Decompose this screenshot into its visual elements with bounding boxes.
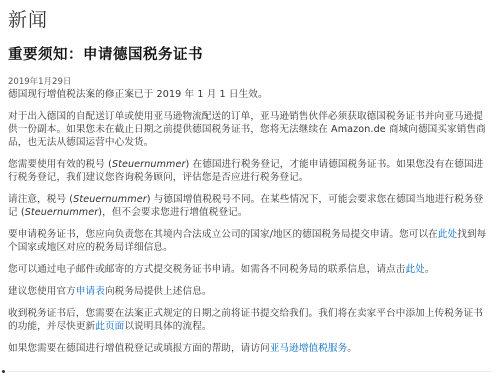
text: 建议您使用官方 (8, 286, 76, 297)
application-form-link[interactable]: 申请表 (76, 286, 105, 297)
paragraph-tax-number: 您需要使用有效的税号 (Steuernummer) 在德国进行税务登记，才能申请… (8, 158, 491, 184)
text: 向税务局提供上述信息。 (105, 286, 212, 297)
paragraph-help: 如果您需要在德国进行增值税登记或填报方面的帮助，请访问亚马逊增值税服务。 (8, 342, 491, 355)
text: 。 (347, 343, 357, 354)
paragraph-certificate-requirement: 对于出入德国的自配送订单或使用亚马逊物流配送的订单，亚马逊销售伙伴必须获取德国税… (8, 110, 491, 149)
tax-office-details-link[interactable]: 此处 (438, 229, 457, 240)
section-title: 新闻 (8, 0, 491, 35)
intro-paragraph: 德国现行增值税法案的修正案已于 2019 年 1 月 1 日生效。 (8, 88, 491, 101)
paragraph-note: 请注意，税号 (Steuernummer) 与德国增值税税号不同。在某些情况下，… (8, 193, 491, 219)
divider (8, 371, 491, 372)
text: 如果您需要在德国进行增值税登记或填报方面的帮助，请访问 (8, 343, 270, 354)
news-page: 新闻 重要须知：申请德国税务证书 2019年1月29日 德国现行增值税法案的修正… (0, 0, 499, 355)
text: 请注意，税号 ( (8, 194, 73, 205)
text: 要申请税务证书，您应向负责您在其境内合法成立公司的国家/地区的德国税务局提交申请… (8, 229, 438, 240)
text: )，但不会要求您进行增值税登记。 (98, 207, 247, 218)
amazon-vat-services-link[interactable]: 亚马逊增值税服务 (270, 343, 348, 354)
paragraph-after-receipt: 收到税务证书后，您需要在法案正式规定的日期之前将证书提交给我们。我们将在卖家平台… (8, 307, 491, 333)
text: 您可以通过电子邮件或邮寄的方式提交税务证书申请。如需各不同税务局的联系信息，请点… (8, 264, 405, 275)
this-page-link[interactable]: 此页面 (95, 321, 124, 332)
text: 。 (425, 264, 435, 275)
term-steuernummer: Steuernummer (73, 194, 147, 205)
paragraph-apply: 要申请税务证书，您应向负责您在其境内合法成立公司的国家/地区的德国税务局提交申请… (8, 228, 491, 254)
article-title: 重要须知：申请德国税务证书 (8, 45, 491, 65)
paragraph-submit-method: 您可以通过电子邮件或邮寄的方式提交税务证书申请。如需各不同税务局的联系信息，请点… (8, 263, 491, 276)
article-date: 2019年1月29日 (8, 77, 491, 88)
tax-office-contact-link[interactable]: 此处 (405, 264, 424, 275)
term-steuernummer: Steuernummer (25, 207, 99, 218)
text: 您需要使用有效的税号 ( (8, 159, 112, 170)
text: 以说明具体的流程。 (124, 321, 211, 332)
term-steuernummer: Steuernummer (112, 159, 186, 170)
paragraph-form: 建议您使用官方申请表向税务局提供上述信息。 (8, 285, 491, 298)
text: 收到税务证书后，您需要在法案正式规定的日期之前将证书提交给我们。我们将在卖家平台… (8, 308, 483, 332)
bullet-dot-icon (2, 370, 5, 373)
